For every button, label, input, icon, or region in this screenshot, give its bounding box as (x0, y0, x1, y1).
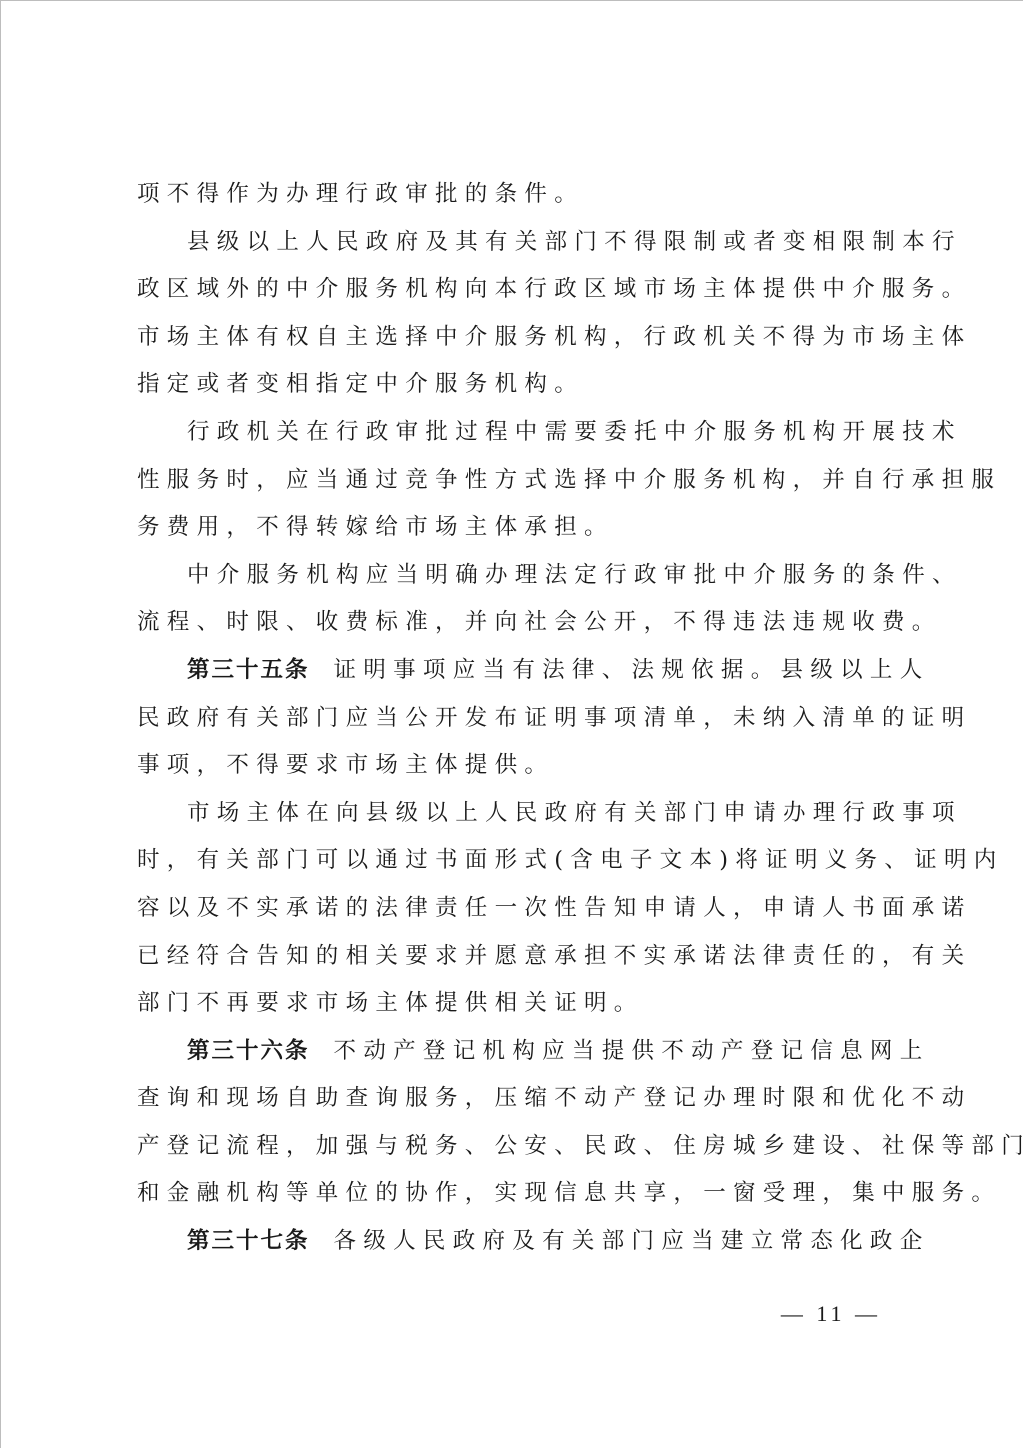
text-line: 务费用，不得转嫁给市场主体承担。 (137, 504, 889, 552)
text-line: 性服务时，应当通过竞争性方式选择中介服务机构，并自行承担服 (137, 457, 889, 505)
article-35-heading-line: 第三十五条证明事项应当有法律、法规依据。县级以上人 (137, 647, 889, 695)
page-number: — 11 — (771, 1301, 881, 1327)
text-line: 民政府有关部门应当公开发布证明事项清单，未纳入清单的证明 (137, 695, 889, 743)
text-line: 产登记流程，加强与税务、公安、民政、住房城乡建设、社保等部门 (137, 1123, 889, 1171)
text-line: 指定或者变相指定中介服务机构。 (137, 361, 889, 409)
article-35-text: 证明事项应当有法律、法规依据。县级以上人 (334, 657, 930, 683)
article-37-heading-line: 第三十七条各级人民政府及有关部门应当建立常态化政企 (137, 1218, 889, 1266)
text-line: 市场主体有权自主选择中介服务机构，行政机关不得为市场主体 (137, 314, 889, 362)
document-body: 项不得作为办理行政审批的条件。 县级以上人民政府及其有关部门不得限制或者变相限制… (137, 171, 889, 1266)
text-line: 事项，不得要求市场主体提供。 (137, 742, 889, 790)
text-line: 时，有关部门可以通过书面形式(含电子文本)将证明义务、证明内 (137, 837, 889, 885)
article-36-label: 第三十六条 (187, 1038, 310, 1064)
article-35-label: 第三十五条 (187, 657, 310, 683)
text-line: 中介服务机构应当明确办理法定行政审批中介服务的条件、 (137, 552, 889, 600)
article-36-heading-line: 第三十六条不动产登记机构应当提供不动产登记信息网上 (137, 1028, 889, 1076)
text-line: 查询和现场自助查询服务，压缩不动产登记办理时限和优化不动 (137, 1075, 889, 1123)
text-line: 容以及不实承诺的法律责任一次性告知申请人，申请人书面承诺 (137, 885, 889, 933)
text-line: 已经符合告知的相关要求并愿意承担不实承诺法律责任的，有关 (137, 933, 889, 981)
text-line: 流程、时限、收费标准，并向社会公开，不得违法违规收费。 (137, 599, 889, 647)
article-36-text: 不动产登记机构应当提供不动产登记信息网上 (334, 1038, 930, 1064)
text-line: 政区域外的中介服务机构向本行政区域市场主体提供中介服务。 (137, 266, 889, 314)
text-line: 市场主体在向县级以上人民政府有关部门申请办理行政事项 (137, 790, 889, 838)
text-line: 和金融机构等单位的协作，实现信息共享，一窗受理，集中服务。 (137, 1170, 889, 1218)
text-line: 县级以上人民政府及其有关部门不得限制或者变相限制本行 (137, 219, 889, 267)
text-line: 行政机关在行政审批过程中需要委托中介服务机构开展技术 (137, 409, 889, 457)
document-page: 项不得作为办理行政审批的条件。 县级以上人民政府及其有关部门不得限制或者变相限制… (0, 0, 1023, 1448)
article-37-label: 第三十七条 (187, 1228, 310, 1254)
text-line: 部门不再要求市场主体提供相关证明。 (137, 980, 889, 1028)
article-37-text: 各级人民政府及有关部门应当建立常态化政企 (334, 1228, 930, 1254)
text-line: 项不得作为办理行政审批的条件。 (137, 171, 889, 219)
